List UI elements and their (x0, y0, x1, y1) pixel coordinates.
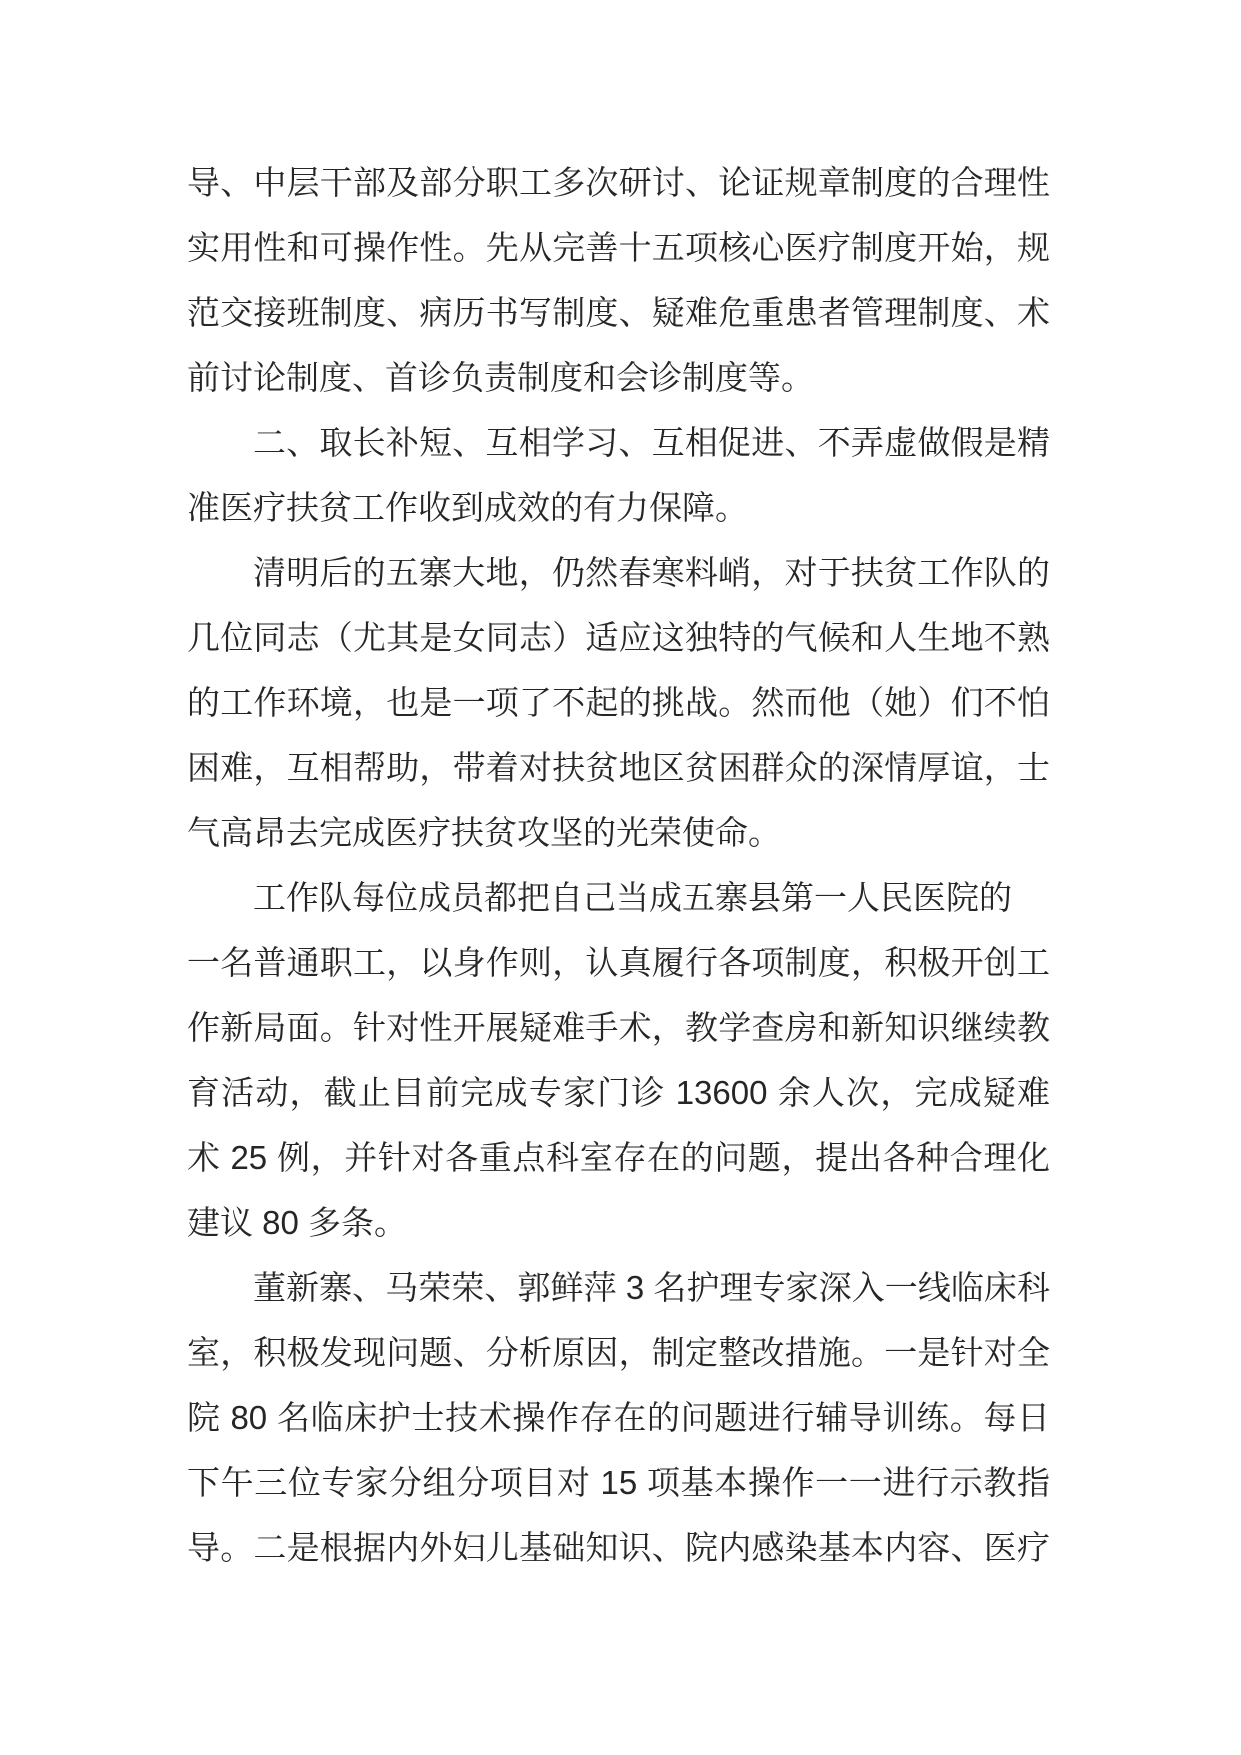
text-line: 导。二是根据内外妇儿基础知识、院内感染基本内容、医疗 (187, 1515, 1050, 1580)
text-line: 的工作环境，也是一项了不起的挑战。然而他（她）们不怕 (187, 670, 1050, 735)
text-line: 二、取长补短、互相学习、互相促进、不弄虚做假是精 (187, 410, 1050, 475)
text-line: 术 25 例，并针对各重点科室存在的问题，提出各种合理化 (187, 1125, 1050, 1190)
text-line: 下午三位专家分组分项目对 15 项基本操作一一进行示教指 (187, 1450, 1050, 1515)
text-line: 实用性和可操作性。先从完善十五项核心医疗制度开始，规 (187, 215, 1050, 280)
text-line: 董新寨、马荣荣、郭鲜萍 3 名护理专家深入一线临床科 (187, 1255, 1050, 1320)
text-line: 几位同志（尤其是女同志）适应这独特的气候和人生地不熟 (187, 605, 1050, 670)
text-line: 作新局面。针对性开展疑难手术，教学查房和新知识继续教 (187, 995, 1050, 1060)
text-line: 建议 80 多条。 (187, 1190, 1050, 1255)
text-line: 前讨论制度、首诊负责制度和会诊制度等。 (187, 345, 1050, 410)
text-line: 工作队每位成员都把自己当成五寨县第一人民医院的 (187, 865, 1050, 930)
text-line: 气高昂去完成医疗扶贫攻坚的光荣使命。 (187, 800, 1050, 865)
text-line: 一名普通职工，以身作则，认真履行各项制度，积极开创工 (187, 930, 1050, 995)
text-line: 育活动，截止目前完成专家门诊 13600 余人次，完成疑难手 (187, 1060, 1050, 1125)
text-line: 准医疗扶贫工作收到成效的有力保障。 (187, 475, 1050, 540)
text-block: 导、中层干部及部分职工多次研讨、论证规章制度的合理性 实用性和可操作性。先从完善… (187, 150, 1050, 1580)
text-line: 院 80 名临床护士技术操作存在的问题进行辅导训练。每日 (187, 1385, 1050, 1450)
text-line: 室，积极发现问题、分析原因，制定整改措施。一是针对全 (187, 1320, 1050, 1385)
text-line: 困难，互相帮助，带着对扶贫地区贫困群众的深情厚谊，士 (187, 735, 1050, 800)
document-page: 导、中层干部及部分职工多次研讨、论证规章制度的合理性 实用性和可操作性。先从完善… (0, 0, 1241, 1755)
text-line: 范交接班制度、病历书写制度、疑难危重患者管理制度、术 (187, 280, 1050, 345)
text-line: 清明后的五寨大地，仍然春寒料峭，对于扶贫工作队的 (187, 540, 1050, 605)
text-line: 导、中层干部及部分职工多次研讨、论证规章制度的合理性 (187, 150, 1050, 215)
